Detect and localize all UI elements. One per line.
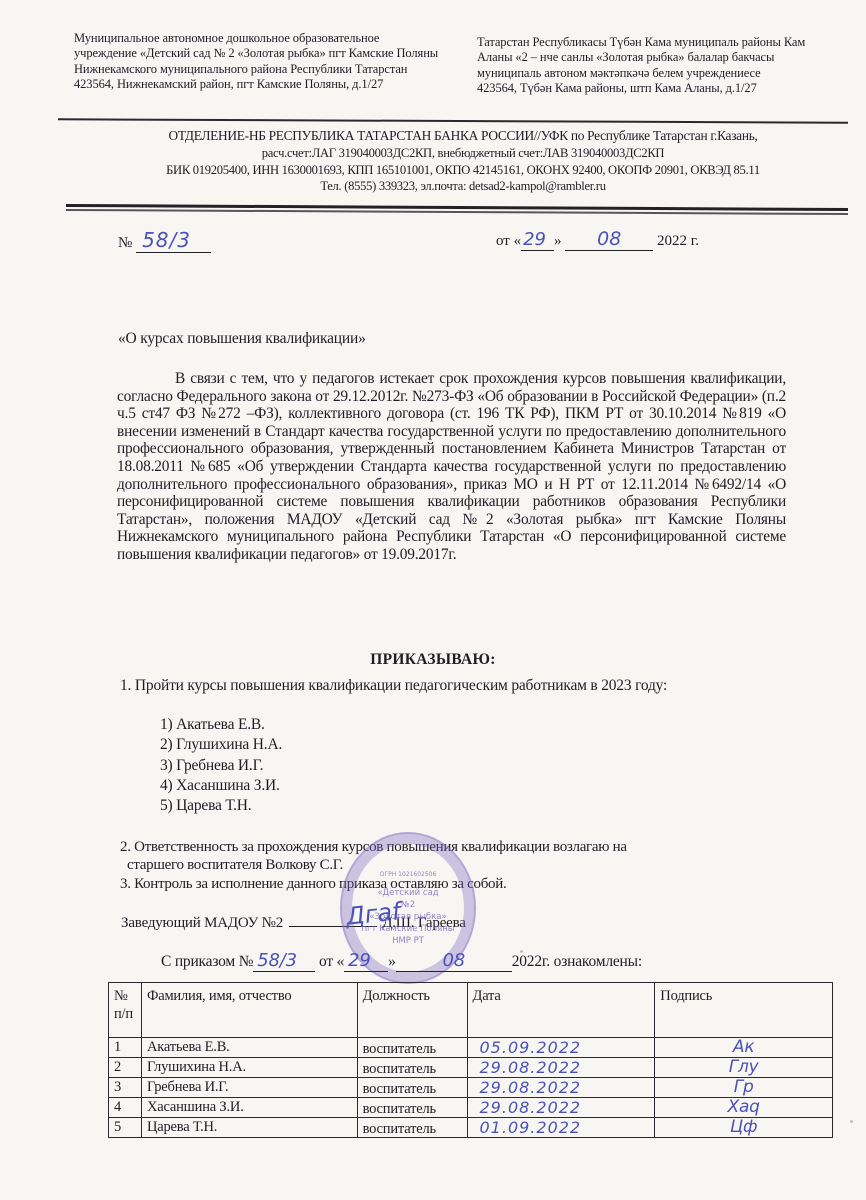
header-left-line: учреждение «Детский сад № 2 «Золотая рыб…: [74, 46, 438, 61]
col-header-signature: Подпись: [655, 983, 833, 1038]
cell-number: 2: [109, 1058, 142, 1078]
director-signature-line: Заведующий МАДОУ №2 Д.Ш. Гареева: [121, 915, 466, 932]
stamp-line: №2: [401, 899, 415, 911]
order-number: № 58/3: [118, 228, 211, 253]
org-header-tatar: Татарстан Республикасы Түбән Кама муници…: [477, 35, 805, 96]
header-left-line: Нижнекамского муниципального района Респ…: [74, 62, 438, 77]
cell-date: 05.09.2022: [467, 1038, 655, 1058]
table-row: 3 Гребнева И.Г. воспитатель 29.08.2022 Г…: [109, 1078, 833, 1098]
cell-date: 29.08.2022: [467, 1078, 655, 1098]
cell-date: 29.08.2022: [467, 1058, 655, 1078]
date-year: 2022 г.: [657, 233, 699, 249]
handwritten-month: 08: [597, 228, 621, 250]
date-prefix: от «: [496, 233, 521, 249]
order-title: «О курсах повышения квалификации»: [118, 330, 366, 348]
bank-line: БИК 019205400, ИНН 1630001693, КПП 16510…: [60, 162, 866, 179]
item2-line: старшего воспитателя Волкову С.Г.: [120, 856, 627, 874]
order-item-1: 1. Пройти курсы повышения квалификации п…: [120, 677, 667, 695]
director-position: Заведующий МАДОУ №2: [121, 915, 283, 931]
cell-position: воспитатель: [357, 1098, 467, 1118]
table-row: 2 Глушихина Н.А. воспитатель 29.08.2022 …: [109, 1058, 833, 1078]
cell-signature: Цф: [655, 1118, 833, 1138]
org-header-russian: Муниципальное автономное дошкольное обра…: [74, 31, 438, 92]
cell-position: воспитатель: [357, 1058, 467, 1078]
bank-line: расч.счет:ЛАГ 319040003ДС2КП, внебюджетн…: [60, 145, 866, 162]
table-header-row: № п/п Фамилия, имя, отчество Должность Д…: [109, 983, 833, 1038]
table-row: 5 Царева Т.Н. воспитатель 01.09.2022 Цф: [109, 1118, 833, 1138]
handwritten-ack-number: 58/3: [253, 950, 297, 971]
order-item-3: 3. Контроль за исполнение данного приказ…: [120, 876, 506, 893]
preamble-paragraph: В связи с тем, что у педагогов истекает …: [117, 370, 786, 564]
cell-number: 5: [109, 1118, 142, 1138]
list-item: 5) Царева Т.Н.: [160, 796, 282, 816]
handwritten-ack-month: 08: [442, 950, 465, 971]
handwritten-ack-day: 29: [344, 950, 371, 971]
header-left-line: 423564, Нижнекамский район, пгт Камские …: [74, 77, 438, 92]
header-right-line: Татарстан Республикасы Түбән Кама муници…: [477, 35, 805, 50]
handwritten-day: 29: [521, 229, 554, 250]
ack-suffix: 2022г. ознакомлены:: [512, 953, 642, 970]
ack-prefix: С приказом №: [161, 953, 253, 970]
cell-number: 1: [109, 1038, 142, 1058]
cell-name: Глушихина Н.А.: [141, 1058, 357, 1078]
bank-details: ОТДЕЛЕНИЕ-НБ РЕСПУБЛИКА ТАТАРСТАН БАНКА …: [60, 128, 866, 195]
acknowledgement-line: С приказом №58/3 от «29»082022г. ознаком…: [161, 950, 642, 972]
cell-name: Царева Т.Н.: [141, 1118, 357, 1138]
cell-signature: Хаq: [655, 1098, 833, 1118]
scan-speck: [709, 374, 712, 377]
bank-line: ОТДЕЛЕНИЕ-НБ РЕСПУБЛИКА ТАТАРСТАН БАНКА …: [60, 128, 866, 145]
director-handwritten-signature: Дгаf: [345, 897, 402, 931]
header-right-line: муниципаль автоном мәктәпкәчә белем учре…: [477, 66, 805, 81]
cell-name: Гребнева И.Г.: [141, 1078, 357, 1098]
scan-speck: [850, 1120, 853, 1123]
header-divider-top: [58, 118, 848, 123]
scan-speck: [520, 950, 523, 953]
col-header-number: № п/п: [109, 983, 142, 1038]
cell-position: воспитатель: [357, 1118, 467, 1138]
cell-name: Акатьева Е.В.: [141, 1038, 357, 1058]
handwritten-order-number: 58/3: [136, 228, 211, 252]
cell-number: 3: [109, 1078, 142, 1098]
cell-position: воспитатель: [357, 1078, 467, 1098]
ack-from: от «: [319, 953, 344, 970]
header-right-line: 423564, Түбән Кама районы, штп Кама Алан…: [477, 81, 805, 96]
list-item: 4) Хасаншина З.И.: [160, 776, 282, 796]
teacher-list: 1) Акатьева Е.В. 2) Глушихина Н.А. 3) Гр…: [160, 715, 282, 816]
cell-signature: Ак: [655, 1038, 833, 1058]
table-row: 1 Акатьева Е.В. воспитатель 05.09.2022 А…: [109, 1038, 833, 1058]
date-mid: »: [554, 233, 562, 249]
item2-line: 2. Ответственность за прохождения курсов…: [120, 838, 627, 856]
list-item: 3) Гребнева И.Г.: [160, 756, 282, 776]
order-heading: ПРИКАЗЫВАЮ:: [0, 651, 866, 669]
cell-name: Хасаншина З.И.: [141, 1098, 357, 1118]
header-right-line: Аланы «2 – нче санлы «Золотая рыбка» бал…: [477, 50, 805, 65]
table-row: 4 Хасаншина З.И. воспитатель 29.08.2022 …: [109, 1098, 833, 1118]
cell-signature: Глу: [655, 1058, 833, 1078]
cell-date: 29.08.2022: [467, 1098, 655, 1118]
cell-signature: Гр: [655, 1078, 833, 1098]
col-header-position: Должность: [357, 983, 467, 1038]
order-item-2: 2. Ответственность за прохождения курсов…: [120, 838, 627, 874]
ack-mid: »: [388, 953, 396, 970]
acknowledgement-table: № п/п Фамилия, имя, отчество Должность Д…: [108, 982, 833, 1138]
list-item: 2) Глушихина Н.А.: [160, 735, 282, 755]
header-left-line: Муниципальное автономное дошкольное обра…: [74, 31, 438, 46]
stamp-line: НМР РТ: [392, 935, 424, 947]
cell-position: воспитатель: [357, 1038, 467, 1058]
list-item: 1) Акатьева Е.В.: [160, 715, 282, 735]
document-page: Муниципальное автономное дошкольное обра…: [0, 0, 866, 1200]
bank-line: Тел. (8555) 339323, эл.почта: detsad2-ka…: [60, 178, 866, 195]
col-header-name: Фамилия, имя, отчество: [141, 983, 357, 1038]
col-header-date: Дата: [467, 983, 655, 1038]
order-date: от «29» 08 2022 г.: [496, 228, 699, 251]
cell-date: 01.09.2022: [467, 1118, 655, 1138]
cell-number: 4: [109, 1098, 142, 1118]
number-label: №: [118, 235, 132, 251]
